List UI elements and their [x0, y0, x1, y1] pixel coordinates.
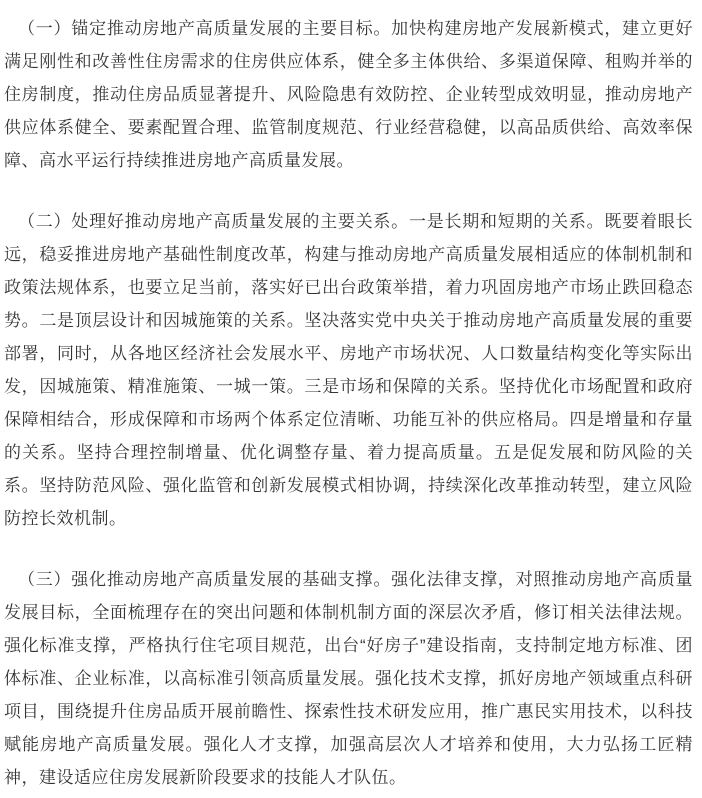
document-page: （一）锚定推动房地产高质量发展的主要目标。加快构建房地产发展新模式，建立更好满足… [0, 0, 702, 798]
paragraph-section-1: （一）锚定推动房地产高质量发展的主要目标。加快构建房地产发展新模式，建立更好满足… [4, 12, 693, 177]
paragraph-section-2: （二）处理好推动房地产高质量发展的主要关系。一是长期和短期的关系。既要着眼长远，… [4, 205, 693, 535]
paragraph-section-3: （三）强化推动房地产高质量发展的基础支撑。强化法律支撑，对照推动房地产高质量发展… [4, 563, 693, 794]
